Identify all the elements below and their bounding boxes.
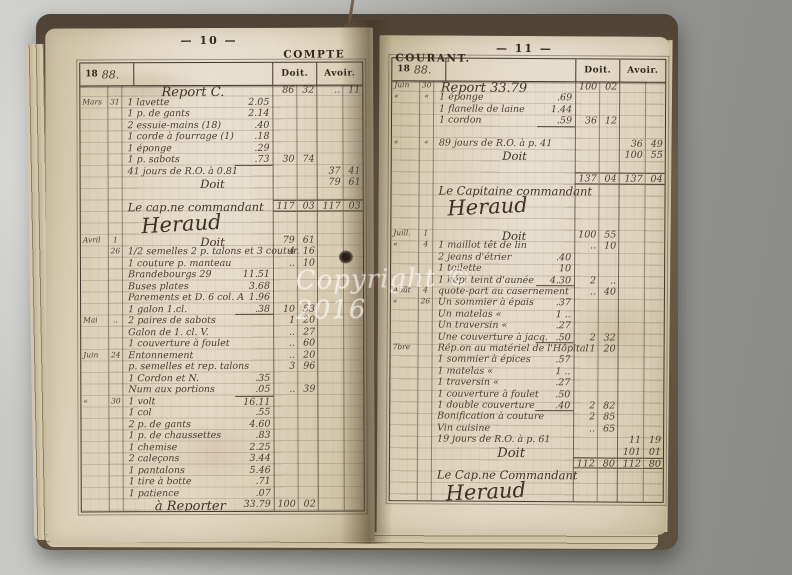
cell-desc: 1 corde à fourrage (1)	[122, 131, 234, 143]
cell-dc	[599, 138, 619, 150]
cell-day	[420, 171, 434, 182]
cell-af	[316, 108, 342, 120]
cell-sub	[535, 446, 573, 458]
cell-af	[617, 389, 643, 401]
cell-date: Juin	[81, 350, 109, 362]
cell-date	[390, 422, 418, 434]
cell-ac	[643, 401, 663, 413]
cell-af	[617, 401, 643, 413]
cell-sub: 2.05	[234, 96, 272, 108]
cell-sub: .40	[536, 252, 574, 264]
cell-desc: 1 p. de chaussettes	[124, 430, 236, 442]
cell-sub	[535, 411, 573, 423]
cell-desc: 1 tire à botte	[124, 476, 236, 488]
cell-date	[81, 281, 109, 293]
cell-desc: 1 cordon	[434, 115, 537, 127]
cell-day	[419, 331, 433, 342]
cell-dc	[598, 355, 618, 367]
cell-desc: 1 couverture à foulet	[123, 338, 235, 350]
cell-df	[574, 195, 598, 218]
cell-desc: quote-part au casernement	[433, 285, 536, 297]
cell-day	[418, 377, 432, 388]
column-header-doit: Doit.	[272, 63, 316, 85]
cell-sub: .27	[535, 377, 573, 389]
cell-dc	[297, 188, 317, 200]
cell-dc: 96	[297, 361, 317, 373]
cell-sub	[536, 229, 574, 241]
cell-desc: 1 chemise	[124, 441, 236, 453]
cell-day	[109, 292, 123, 304]
cell-day: 1	[109, 235, 123, 247]
cell-desc: 19 jours de R.O. à p. 61	[432, 434, 535, 446]
cell-desc: Report C.	[122, 85, 234, 97]
cell-date	[391, 194, 419, 217]
cell-desc	[434, 160, 537, 172]
cell-day	[418, 422, 432, 433]
cell-desc: Bonification à couture	[432, 411, 535, 423]
cell-af	[618, 275, 644, 287]
cell-sub	[235, 188, 273, 200]
cell-sub: .29	[235, 142, 273, 154]
cell-desc: 1 pantalons	[124, 464, 236, 476]
cell-desc: 1 toilette	[433, 263, 536, 275]
cell-date	[81, 246, 109, 258]
cell-desc: 1 Cordon et N.	[123, 372, 235, 384]
cell-desc: Heraud	[431, 477, 535, 502]
cell-df: 100	[574, 229, 598, 241]
cell-desc: Une couverture à jacq.	[433, 331, 536, 343]
cell-dc	[597, 366, 617, 378]
cell-desc: Galon de 1. cl. V.	[123, 326, 235, 338]
cell-sub	[235, 177, 273, 189]
cell-date	[391, 262, 419, 274]
cell-af	[618, 195, 644, 218]
cell-df: ..	[574, 241, 598, 253]
cell-af: 112	[617, 457, 643, 469]
cell-day	[419, 217, 433, 228]
ledger-row: p. semelles et rep. talons396	[81, 360, 363, 372]
cell-day	[110, 465, 124, 477]
cell-df: ..	[273, 326, 297, 338]
cell-day: 30	[420, 80, 434, 91]
cell-df	[574, 252, 598, 264]
page-title-compte: COMPTE	[283, 49, 345, 61]
cell-dc	[598, 195, 618, 218]
cell-dc	[598, 321, 618, 333]
cell-ac	[644, 332, 664, 344]
cell-df	[273, 407, 297, 419]
cell-day	[420, 115, 434, 126]
cell-df	[273, 188, 297, 200]
cell-desc: 1 lavette	[122, 96, 234, 108]
ledger-row: 1 pantalons5.46	[82, 464, 364, 476]
cell-ac: 01	[643, 446, 663, 458]
ledger-row: 1 tire à botte.71	[82, 475, 364, 487]
cell-df	[273, 418, 297, 430]
cell-sub	[535, 434, 573, 446]
cell-ac: 55	[645, 150, 665, 162]
cell-df: ..	[574, 286, 598, 298]
ledger-row: 1 patience.07	[82, 487, 364, 499]
cell-df	[273, 395, 297, 407]
cell-date	[80, 108, 108, 120]
cell-date	[80, 120, 108, 132]
ledger-row: 1 p. sabots.733074	[81, 153, 363, 165]
cell-dc	[296, 119, 316, 131]
cell-day	[109, 373, 123, 385]
cell-desc: 1/2 semelles 2 p. talons et 3 coutur.	[123, 246, 235, 258]
cell-sub	[537, 138, 575, 150]
cell-sub	[235, 349, 273, 361]
cell-desc: 1 couture p. manteau	[123, 257, 235, 269]
ledger-row: 1 col.55	[81, 406, 363, 418]
cell-df	[575, 104, 599, 116]
header-spacer	[446, 59, 575, 82]
cell-dc: 32	[296, 85, 316, 97]
cell-day	[110, 476, 124, 488]
cell-date	[81, 419, 109, 431]
cell-dc	[297, 211, 317, 234]
cell-day: «	[420, 137, 434, 148]
cell-date	[82, 453, 110, 465]
cell-sub: .71	[236, 476, 274, 488]
cell-date	[392, 171, 420, 183]
column-header-doit: Doit.	[575, 59, 619, 81]
cell-dc: 10	[598, 241, 618, 253]
year-cell: 18 88.	[80, 63, 134, 85]
cell-date	[390, 411, 418, 423]
cell-dc: 20	[297, 349, 317, 361]
cell-day	[109, 338, 123, 350]
cell-day: 26	[109, 246, 123, 258]
cell-ac: 80	[643, 458, 663, 470]
cell-dc	[598, 252, 618, 264]
cell-sub: .83	[236, 430, 274, 442]
ledger-row: 1 éponge.29	[81, 142, 363, 154]
cell-af	[618, 252, 644, 264]
cell-df: ..	[573, 423, 597, 435]
cell-dc: 82	[597, 400, 617, 412]
cell-sub: 1.96	[235, 292, 273, 304]
cell-sub: 1.44	[537, 104, 575, 116]
cell-dc: 61	[297, 234, 317, 246]
cell-ac	[643, 480, 663, 501]
cell-date	[390, 467, 418, 479]
cell-af	[619, 127, 645, 139]
cell-af	[618, 241, 644, 253]
ledger-row: Brandebourgs 2911.51	[81, 268, 363, 280]
cell-dc	[296, 131, 316, 143]
cell-af	[317, 154, 343, 166]
cell-desc	[432, 456, 535, 468]
cell-date	[391, 354, 419, 366]
cell-day	[110, 430, 124, 442]
cell-df: 10	[273, 303, 297, 315]
cell-af	[617, 412, 643, 424]
cell-desc: Brandebourgs 29	[123, 269, 235, 281]
cell-day: ..	[109, 315, 123, 327]
cell-df	[273, 211, 297, 234]
cell-dc: 16	[297, 246, 317, 258]
cell-af: 100	[619, 150, 645, 162]
cell-dc	[297, 142, 317, 154]
cell-date	[82, 499, 110, 511]
cell-df	[573, 434, 597, 446]
cell-date	[81, 189, 109, 201]
cell-sub	[536, 218, 574, 230]
cell-dc	[298, 430, 318, 442]
cell-af	[618, 321, 644, 333]
cell-day: 31	[108, 97, 122, 109]
cell-df: 117	[273, 200, 297, 212]
scanned-ledger-photo: { "watermark": "Copyright © 2016", "page…	[0, 0, 792, 575]
cell-date: «	[391, 297, 419, 309]
cell-day	[420, 126, 434, 137]
cell-day	[420, 183, 434, 194]
cell-sub	[235, 326, 273, 338]
cell-df	[273, 177, 297, 189]
cell-ac	[645, 93, 665, 105]
cell-ac	[644, 230, 664, 242]
cell-desc: 1 éponge	[123, 142, 235, 154]
cell-df	[573, 480, 597, 502]
cell-sub	[235, 315, 273, 327]
cell-df	[574, 298, 598, 310]
cell-dc	[298, 441, 318, 453]
cell-df	[573, 366, 597, 378]
cell-dc	[597, 480, 617, 502]
cell-sub: 11.51	[235, 269, 273, 281]
cell-date	[82, 465, 110, 477]
ledger-page-left: — 10 — COMPTE 18 88. Doit. Avoir. Report…	[45, 27, 375, 542]
cell-ac	[643, 423, 663, 435]
cell-dc	[297, 418, 317, 430]
page-number: — 10 —	[45, 33, 373, 47]
cell-df: 2	[573, 412, 597, 424]
cell-sub: 2.25	[236, 441, 274, 453]
cell-dc	[297, 395, 317, 407]
ledger-row: 1 chemise2.25	[82, 441, 364, 453]
cell-desc: 1 képi teint d'aunée	[433, 274, 536, 286]
cell-day	[109, 327, 123, 339]
cell-dc: ..	[598, 275, 618, 287]
table-header: 18 88. Doit. Avoir.	[80, 62, 362, 86]
cell-sub	[536, 286, 574, 298]
cell-df	[573, 377, 597, 389]
cell-af	[619, 116, 645, 128]
cell-df: 4	[273, 246, 297, 258]
signature-row: Heraud	[391, 194, 664, 218]
cell-dc	[297, 165, 317, 177]
cell-desc: 1 p. sabots	[123, 154, 235, 166]
cell-dc	[599, 104, 619, 116]
cell-af: ..	[316, 85, 342, 97]
ledger-row: à Reporter33.7910002	[82, 498, 364, 510]
cell-desc: 2 jeans d'étrier	[433, 251, 536, 263]
cell-df	[574, 218, 598, 230]
cell-df: 3	[273, 361, 297, 373]
cell-ac	[645, 184, 665, 196]
cell-sub: .73	[235, 154, 273, 166]
cell-af	[617, 423, 643, 435]
cell-sub: .18	[234, 131, 272, 143]
cell-dc: 20	[598, 343, 618, 355]
cell-df: ..	[273, 257, 297, 269]
cell-sub	[235, 200, 273, 212]
cell-desc	[434, 126, 537, 138]
cell-af	[618, 264, 644, 276]
cell-af: 101	[617, 446, 643, 458]
cell-sub	[537, 127, 575, 139]
cell-dc	[597, 435, 617, 447]
cell-af	[618, 309, 644, 321]
cell-desc: Un sommier à épais	[433, 297, 536, 309]
cell-date	[392, 160, 420, 172]
cell-df	[574, 321, 598, 333]
cell-df	[273, 142, 297, 154]
cell-desc: 1 maillot têt de lin	[433, 240, 536, 252]
cell-dc: 40	[598, 287, 618, 299]
cell-date	[392, 183, 420, 195]
cell-day	[109, 200, 123, 212]
ledger-row: 1 Cordon et N..35	[81, 372, 363, 384]
cell-day	[108, 85, 122, 97]
year-handwritten: 88.	[102, 68, 120, 81]
cell-day	[418, 399, 432, 410]
cell-df	[575, 150, 599, 162]
cell-date	[81, 327, 109, 339]
cell-date	[390, 433, 418, 445]
cell-af	[619, 82, 645, 94]
cell-date: «	[392, 137, 420, 149]
cell-df: 86	[272, 85, 296, 97]
cell-df	[575, 184, 599, 196]
cell-day	[420, 103, 434, 114]
year-handwritten: 88.	[414, 63, 432, 76]
cell-sub: .57	[536, 354, 574, 366]
ledger-row: «301 volt16.11	[81, 395, 363, 407]
cell-desc: Heraud	[433, 192, 537, 220]
ledger-row	[81, 188, 363, 200]
cell-date	[392, 114, 420, 126]
cell-ac	[643, 389, 663, 401]
cell-ac	[644, 275, 664, 287]
cell-date	[81, 212, 109, 235]
book-gutter-shadow	[340, 20, 392, 544]
cell-sub	[535, 480, 573, 502]
cell-date: 7bre	[391, 342, 419, 354]
cell-dc	[598, 264, 618, 276]
cell-sub: 4.60	[235, 418, 273, 430]
ledger-row: 1 p. de gants2.14	[80, 107, 362, 119]
cell-date	[81, 292, 109, 304]
cell-desc: Report 33.79	[434, 80, 537, 92]
cell-af	[617, 366, 643, 378]
cell-df	[274, 487, 298, 499]
cell-date	[81, 166, 109, 178]
cell-desc: Rép.on au matériel de l'Hôpital	[433, 342, 536, 354]
cell-desc: 1 patience	[124, 487, 236, 499]
cell-date	[81, 407, 109, 419]
cell-date	[391, 308, 419, 320]
cell-date	[390, 479, 418, 502]
cell-sub	[536, 241, 574, 253]
year-cell: 18 88.	[392, 58, 446, 80]
cell-sub: .38	[235, 303, 273, 315]
cell-af	[617, 469, 643, 481]
cell-sub	[235, 234, 273, 246]
cell-ac	[643, 469, 663, 481]
cell-df: 2	[574, 332, 598, 344]
cell-day	[108, 120, 122, 132]
cell-desc: 1 double couverture	[432, 399, 535, 411]
cell-date	[391, 319, 419, 331]
cell-day	[420, 160, 434, 171]
ledger-row: Juin24Entonnement..20	[81, 349, 363, 361]
cell-ac	[644, 355, 664, 367]
cell-sub	[537, 161, 575, 173]
cell-df	[273, 165, 297, 177]
cell-desc: Parements et D. 6 col. A	[123, 292, 235, 304]
cell-df	[273, 292, 297, 304]
cell-desc: 1 matelas «	[432, 365, 535, 377]
cell-desc: Doit	[433, 229, 536, 241]
cell-date	[81, 143, 109, 155]
cell-date	[390, 376, 418, 388]
cell-df: 1	[574, 343, 598, 355]
cell-date: «	[391, 240, 419, 252]
cell-ac	[644, 310, 664, 322]
cell-date: Juill.	[391, 228, 419, 240]
cell-day	[419, 320, 433, 331]
cell-sub	[536, 195, 574, 218]
cell-ac	[645, 127, 665, 139]
cell-date	[81, 200, 109, 212]
cell-desc: Doit	[432, 445, 535, 457]
cell-sub: 3.68	[235, 280, 273, 292]
cell-af	[618, 355, 644, 367]
cell-df	[273, 372, 297, 384]
cell-desc: Un traversin «	[433, 320, 536, 332]
cell-desc: 1 col	[123, 407, 235, 419]
column-header-avoir: Avoir.	[619, 60, 665, 82]
cell-desc: 1 sommier à épices	[433, 354, 536, 366]
ledger-rows: Report C.8632..11Mars311 lavette2.051 p.…	[80, 84, 363, 511]
cell-af: 37	[317, 165, 343, 177]
cell-date	[81, 361, 109, 373]
cell-sub	[536, 343, 574, 355]
cell-date: Mai	[81, 315, 109, 327]
cell-dc: 32	[598, 332, 618, 344]
cell-day: 4	[419, 240, 433, 251]
cell-ac	[645, 105, 665, 117]
cell-dc	[297, 372, 317, 384]
cell-af	[618, 332, 644, 344]
cell-af	[316, 119, 342, 131]
cell-ac	[645, 161, 665, 173]
cell-sub	[235, 246, 273, 258]
cell-df: 100	[575, 81, 599, 93]
cell-date: «	[81, 396, 109, 408]
cell-sub: 1 ..	[535, 366, 573, 378]
cell-dc	[597, 378, 617, 390]
cell-ac: 49	[645, 139, 665, 151]
cell-dc	[298, 487, 318, 499]
cell-af	[618, 287, 644, 299]
year-printed: 18	[397, 64, 410, 74]
ledger-table: 18 88. Doit. Avoir. Report C.8632..11Mar…	[79, 61, 365, 512]
cell-sub: .69	[537, 92, 575, 104]
